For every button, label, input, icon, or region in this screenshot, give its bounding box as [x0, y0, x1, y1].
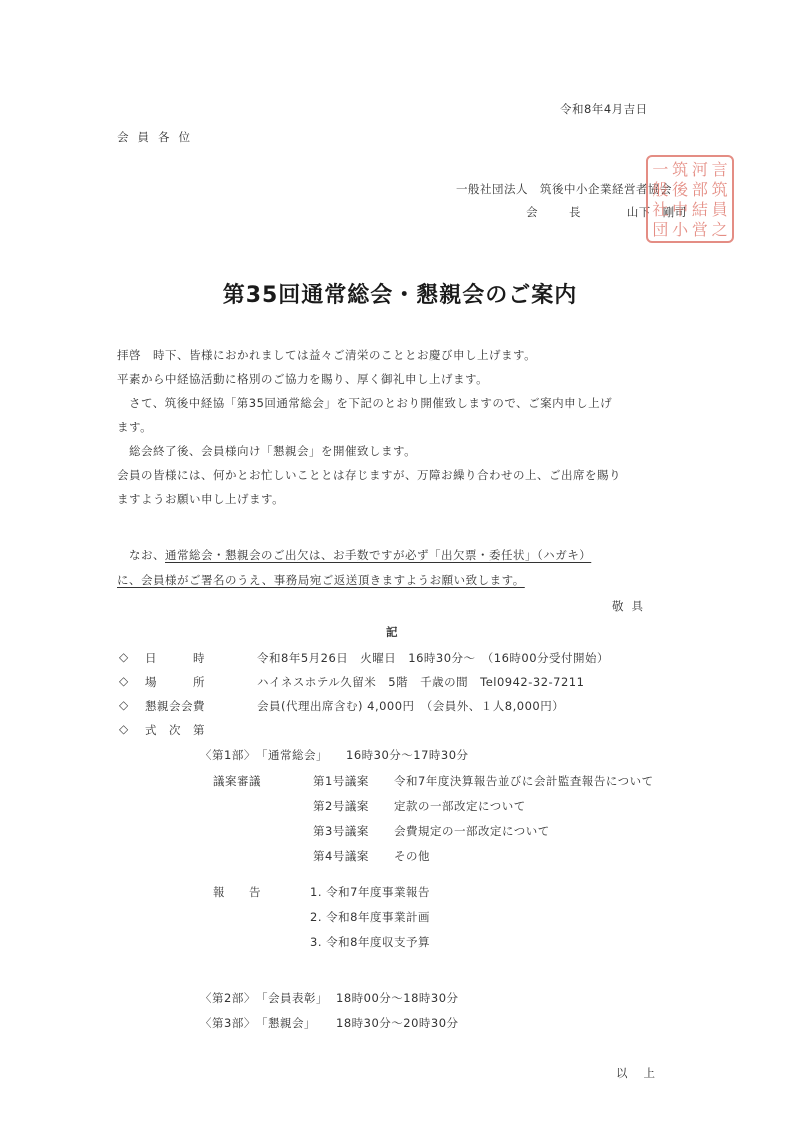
document-title: 第35回通常総会・懇親会のご案内 — [0, 278, 800, 309]
detail-value-place: ハイネスホテル久留米 5階 千歳の間 Tel0942-32-7211 — [257, 674, 584, 690]
notice-prefix: なお、 — [117, 548, 165, 562]
part2-label: 〈第2部〉 — [200, 990, 256, 1006]
agenda-text: その他 — [394, 848, 430, 864]
seal-char: 後 — [671, 180, 690, 199]
agenda-no: 第1号議案 — [313, 773, 369, 789]
body-line: 総会終了後、会員様向け「懇親会」を開催致します。 — [117, 443, 416, 459]
seal-char: 之 — [710, 220, 729, 239]
addressee: 会員各位 — [117, 129, 199, 145]
notice-underlined-text: に、会員様がご署名のうえ、事務局宛ご返送頂きますようお願い致します。 — [117, 573, 525, 587]
seal-char: 筑 — [710, 180, 729, 199]
notice-line-2: に、会員様がご署名のうえ、事務局宛ご返送頂きますようお願い致します。 — [117, 572, 525, 588]
part1-time: 16時30分～17時30分 — [346, 747, 469, 763]
report-item: 3. 令和8年度収支予算 — [310, 934, 430, 950]
part3-time: 18時30分～20時30分 — [336, 1015, 459, 1031]
agenda-text: 会費規定の一部改定について — [394, 823, 550, 839]
body-line: ますようお願い申し上げます。 — [117, 491, 284, 507]
body-line: 拝啓 時下、皆様におかれましては益々ご清栄のこととお慶び申し上げます。 — [117, 347, 536, 363]
seal-char: 筑 — [671, 160, 690, 179]
notice-line-1: なお、通常総会・懇親会のご出欠は、お手数ですが必ず「出欠票・委任状」（ハガキ） — [117, 547, 591, 563]
report-item: 2. 令和8年度事業計画 — [310, 909, 430, 925]
agenda-text: 定款の一部改定について — [394, 798, 526, 814]
closing-keigu: 敬具 — [612, 598, 651, 614]
body-line: 会員の皆様には、何かとお忙しいこととは存じますが、万障お繰り合わせの上、ご出席を… — [117, 467, 621, 483]
part1-name: 「通常総会」 — [256, 747, 328, 763]
document-date: 令和8年4月吉日 — [560, 101, 648, 117]
notice-underlined-text: 通常総会・懇親会のご出欠は、お手数ですが必ず「出欠票・委任状」（ハガキ） — [165, 548, 591, 562]
agenda-no: 第3号議案 — [313, 823, 369, 839]
seal-char: 小 — [671, 220, 690, 239]
body-line: ます。 — [117, 419, 152, 435]
ki-heading: 記 — [386, 624, 398, 640]
report-item: 1. 令和7年度事業報告 — [310, 884, 430, 900]
detail-label-fee: 懇親会会費 — [145, 698, 205, 714]
seal-char: 中 — [671, 200, 690, 219]
official-seal-stamp: 一 筑 河 言 般 後 部 筑 社 中 結 員 団 小 営 之 — [646, 155, 734, 243]
detail-label-datetime: 日 時 — [145, 650, 205, 666]
seal-char: 河 — [691, 160, 710, 179]
agenda-label: 議案審議 — [213, 773, 261, 789]
president-title: 会 長 — [526, 204, 591, 220]
body-line: 平素から中経協活動に格別のご協力を賜り、厚く御礼申し上げます。 — [117, 371, 488, 387]
part1-label: 〈第1部〉 — [200, 747, 256, 763]
report-label: 報 告 — [213, 884, 261, 900]
agenda-no: 第2号議案 — [313, 798, 369, 814]
agenda-no: 第4号議案 — [313, 848, 369, 864]
diamond-bullet-icon: ◇ — [119, 698, 129, 712]
agenda-text: 令和7年度決算報告並びに会計監査報告について — [394, 773, 654, 789]
detail-value-fee: 会員(代理出席含む) 4,000円 （会員外、１人8,000円） — [257, 698, 564, 714]
seal-char: 一 — [651, 160, 670, 179]
seal-char: 団 — [651, 220, 670, 239]
seal-char: 営 — [691, 220, 710, 239]
body-line: さて、筑後中経協「第35回通常総会」を下記のとおり開催致しますので、ご案内申し上… — [117, 395, 612, 411]
closing-ijo: 以上 — [616, 1065, 671, 1081]
diamond-bullet-icon: ◇ — [119, 650, 129, 664]
diamond-bullet-icon: ◇ — [119, 722, 129, 736]
seal-char: 部 — [691, 180, 710, 199]
part3-name: 「懇親会」 — [256, 1015, 316, 1031]
seal-char: 社 — [651, 200, 670, 219]
detail-label-program: 式 次 第 — [145, 722, 205, 738]
organization-name: 一般社団法人 筑後中小企業経営者協会 — [456, 181, 672, 197]
detail-value-datetime: 令和8年5月26日 火曜日 16時30分～ （16時00分受付開始） — [257, 650, 609, 666]
seal-char: 般 — [651, 180, 670, 199]
part2-time: 18時00分～18時30分 — [336, 990, 459, 1006]
diamond-bullet-icon: ◇ — [119, 674, 129, 688]
seal-char: 結 — [691, 200, 710, 219]
part2-name: 「会員表彰」 — [256, 990, 328, 1006]
seal-char: 員 — [710, 200, 729, 219]
seal-char: 言 — [710, 160, 729, 179]
detail-label-place: 場 所 — [145, 674, 205, 690]
part3-label: 〈第3部〉 — [200, 1015, 256, 1031]
